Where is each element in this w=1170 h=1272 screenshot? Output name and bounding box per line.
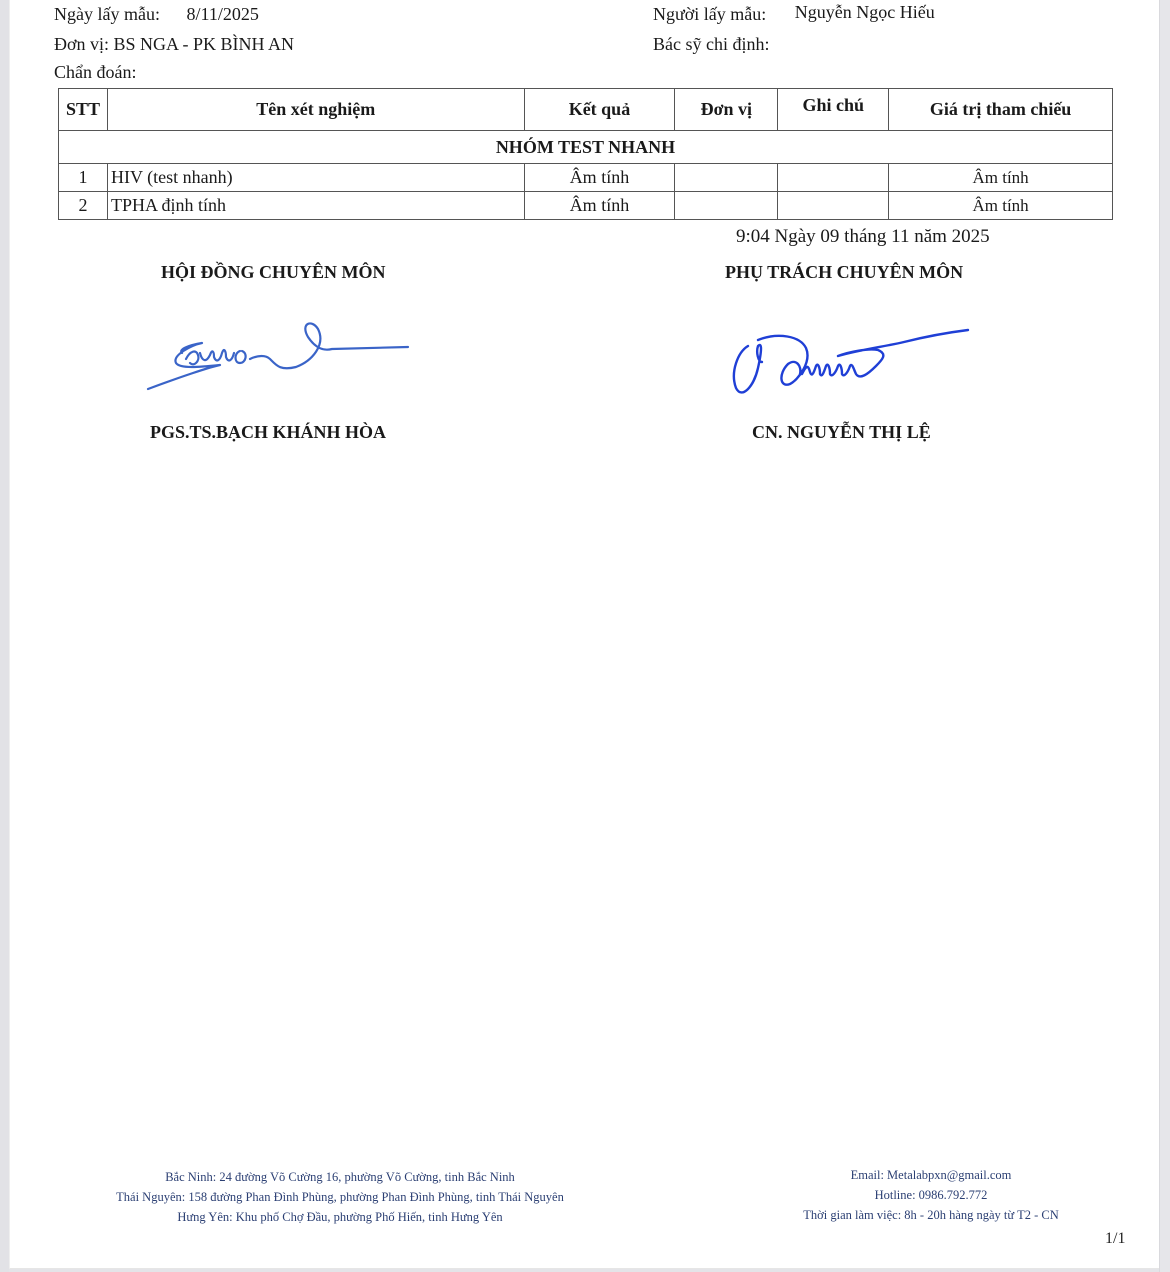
- left-signature-image: [140, 315, 420, 400]
- right-signature-image: [728, 322, 978, 402]
- cell-reference: Âm tính: [889, 164, 1113, 192]
- table-row: 2 TPHA định tính Âm tính Âm tính: [59, 192, 1113, 220]
- group-label: NHÓM TEST NHANH: [59, 131, 1113, 164]
- diagnosis-label: Chẩn đoán:: [54, 62, 137, 83]
- diagnosis-row: Chẩn đoán:: [54, 62, 137, 83]
- col-header-stt: STT: [59, 89, 108, 131]
- address-thai-nguyen: Thái Nguyên: 158 đường Phan Đình Phùng, …: [80, 1187, 600, 1207]
- unit-label: Đơn vị:: [54, 34, 109, 55]
- right-signer-name: CN. NGUYỄN THỊ LỆ: [752, 422, 931, 443]
- doctor-row: Bác sỹ chi định:: [653, 34, 769, 55]
- left-signer-title: HỘI ĐỒNG CHUYÊN MÔN: [161, 262, 386, 283]
- cell-unit: [675, 192, 778, 220]
- col-header-result: Kết quả: [524, 89, 675, 131]
- unit-value: BS NGA - PK BÌNH AN: [114, 34, 295, 55]
- unit-row: Đơn vị: BS NGA - PK BÌNH AN: [54, 34, 294, 55]
- contact-hours: Thời gian làm việc: 8h - 20h hàng ngày t…: [770, 1205, 1092, 1225]
- address-bac-ninh: Bắc Ninh: 24 đường Võ Cường 16, phường V…: [80, 1167, 600, 1187]
- doctor-label: Bác sỹ chi định:: [653, 34, 769, 55]
- address-hung-yen: Hưng Yên: Khu phố Chợ Đầu, phường Phố Hi…: [80, 1207, 600, 1227]
- contact-hotline: Hotline: 0986.792.772: [770, 1185, 1092, 1205]
- right-signer-title: PHỤ TRÁCH CHUYÊN MÔN: [725, 262, 963, 283]
- cell-result: Âm tính: [524, 192, 675, 220]
- cell-unit: [675, 164, 778, 192]
- contact-email: Email: Metalabpxn@gmail.com: [770, 1165, 1092, 1185]
- cell-stt: 1: [59, 164, 108, 192]
- cell-result: Âm tính: [524, 164, 675, 192]
- viewer-scrollbar[interactable]: [1159, 0, 1170, 1272]
- group-row: NHÓM TEST NHANH: [59, 131, 1113, 164]
- cell-stt: 2: [59, 192, 108, 220]
- col-header-test-name: Tên xét nghiệm: [107, 89, 524, 131]
- footer-contact: Email: Metalabpxn@gmail.com Hotline: 098…: [770, 1165, 1092, 1225]
- table-row: 1 HIV (test nhanh) Âm tính Âm tính: [59, 164, 1113, 192]
- sample-date-row: Ngày lấy mẫu: 8/11/2025: [54, 4, 259, 25]
- collector-row: Người lấy mẫu: Nguyễn Ngọc Hiếu: [653, 4, 935, 25]
- signature-timestamp: 9:04 Ngày 09 tháng 11 năm 2025: [736, 226, 990, 248]
- footer-addresses: Bắc Ninh: 24 đường Võ Cường 16, phường V…: [80, 1167, 600, 1227]
- cell-reference: Âm tính: [889, 192, 1113, 220]
- cell-note: [778, 164, 889, 192]
- cell-test-name: TPHA định tính: [107, 192, 524, 220]
- sample-date-label: Ngày lấy mẫu:: [54, 4, 160, 25]
- page-number: 1/1: [1105, 1230, 1125, 1248]
- sample-date-value: 8/11/2025: [186, 4, 258, 25]
- collector-value: Nguyễn Ngọc Hiếu: [795, 2, 935, 23]
- viewer-left-gutter: [0, 0, 9, 1272]
- cell-note: [778, 192, 889, 220]
- collector-label: Người lấy mẫu:: [653, 4, 766, 25]
- col-header-note: Ghi chú: [778, 89, 889, 131]
- cell-test-name: HIV (test nhanh): [107, 164, 524, 192]
- left-signer-name: PGS.TS.BẠCH KHÁNH HÒA: [150, 422, 386, 443]
- table-header-row: STT Tên xét nghiệm Kết quả Đơn vị Ghi ch…: [59, 89, 1113, 131]
- results-table: STT Tên xét nghiệm Kết quả Đơn vị Ghi ch…: [58, 88, 1113, 220]
- col-header-unit: Đơn vị: [675, 89, 778, 131]
- col-header-reference: Giá trị tham chiếu: [889, 89, 1113, 131]
